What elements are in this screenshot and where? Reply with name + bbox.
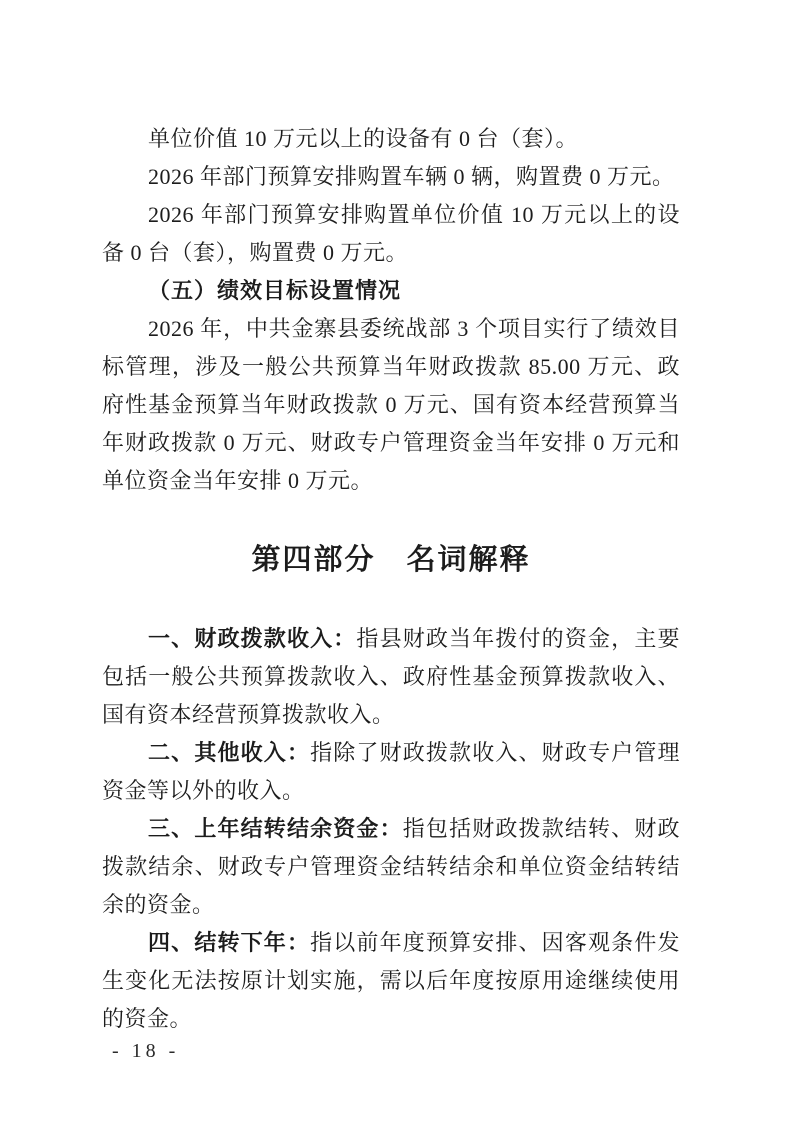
term-definition-1: 一、财政拨款收入：指县财政当年拨付的资金，主要包括一般公共预算拨款收入、政府性基… [102, 620, 680, 734]
term-2-label: 二、其他收入： [148, 740, 310, 765]
paragraph-equipment-count: 单位价值 10 万元以上的设备有 0 台（套）。 [102, 120, 680, 158]
document-body: 单位价值 10 万元以上的设备有 0 台（套）。 2026 年部门预算安排购置车… [102, 120, 680, 1038]
paragraph-vehicle-purchase: 2026 年部门预算安排购置车辆 0 辆，购置费 0 万元。 [102, 158, 680, 196]
term-3-label: 三、上年结转结余资金： [148, 816, 403, 841]
section5-heading: （五）绩效目标设置情况 [102, 272, 680, 310]
document-page: 单位价值 10 万元以上的设备有 0 台（套）。 2026 年部门预算安排购置车… [0, 0, 793, 1122]
term-definition-3: 三、上年结转结余资金：指包括财政拨款结转、财政拨款结余、财政专户管理资金结转结余… [102, 810, 680, 924]
page-number: - 18 - [112, 1040, 179, 1063]
term-4-label: 四、结转下年： [148, 930, 310, 955]
term-definition-2: 二、其他收入：指除了财政拨款收入、财政专户管理资金等以外的收入。 [102, 734, 680, 810]
term-definition-4: 四、结转下年：指以前年度预算安排、因客观条件发生变化无法按原计划实施，需以后年度… [102, 924, 680, 1038]
term-1-label: 一、财政拨款收入： [148, 626, 356, 651]
part4-title: 第四部分 名词解释 [102, 538, 680, 582]
paragraph-performance-targets: 2026 年，中共金寨县委统战部 3 个项目实行了绩效目标管理，涉及一般公共预算… [102, 310, 680, 500]
paragraph-equipment-purchase: 2026 年部门预算安排购置单位价值 10 万元以上的设备 0 台（套），购置费… [102, 196, 680, 272]
